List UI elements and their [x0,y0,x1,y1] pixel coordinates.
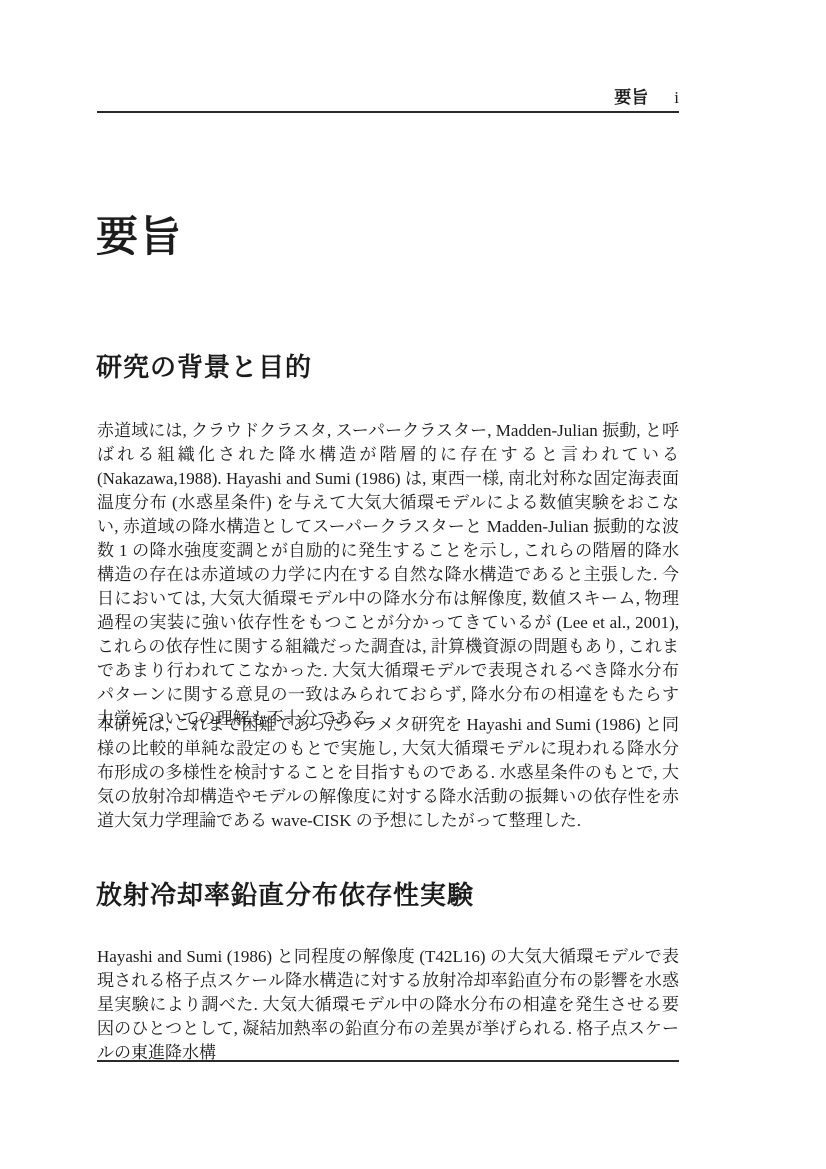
section-heading-background-purpose: 研究の背景と目的 [96,351,312,383]
section-heading-radiative-cooling-experiment: 放射冷却率鉛直分布依存性実験 [96,879,474,911]
running-header-title: 要旨 [614,88,648,107]
paragraph-experiment-1: Hayashi and Sumi (1986) と同程度の解像度 (T42L16… [97,945,679,1065]
running-header: 要旨 i [97,88,679,113]
document-page: 要旨 i 要旨 研究の背景と目的 赤道域には, クラウドクラスタ, スーパークラ… [0,0,826,1169]
page-number: i [674,88,679,107]
chapter-title: 要旨 [96,212,182,262]
footer-rule [97,1060,679,1062]
paragraph-background-1: 赤道域には, クラウドクラスタ, スーパークラスター, Madden-Julia… [97,419,679,731]
paragraph-background-2: 本研究は, これまで困難であったパラメタ研究を Hayashi and Sumi… [97,713,679,833]
